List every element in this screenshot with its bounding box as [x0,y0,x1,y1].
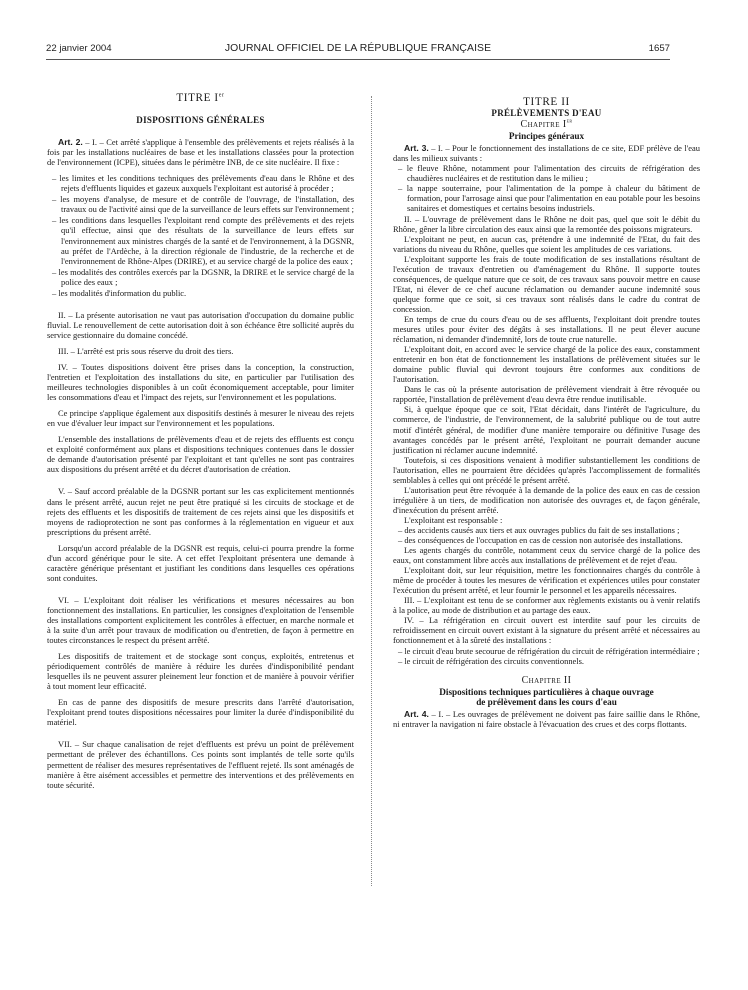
prelevements-heading: PRÉLÈVEMENTS D'EAU [393,108,700,118]
paragraph: Les dispositifs de traitement et de stoc… [47,651,354,691]
chapitre-1-label: Chapitre I [521,119,567,130]
paragraph: VII. – Sur chaque canalisation de rejet … [47,739,354,789]
paragraph: Dans le cas où la présente autorisation … [393,384,700,404]
titre-1-label: TITRE I [176,92,218,104]
journal-title: JOURNAL OFFICIEL DE LA RÉPUBLIQUE FRANÇA… [46,43,670,54]
paragraph: L'exploitant supporte les frais de toute… [393,254,700,314]
paragraph: Ce principe s'applique également aux dis… [47,408,354,428]
paragraph: Si, à quelque époque que ce soit, l'Etat… [393,404,700,454]
page-number: 1657 [649,43,670,54]
list-item: – le circuit d'eau brute secourue de réf… [393,646,700,656]
paragraph: II. – L'ouvrage de prélèvement dans le R… [393,214,700,234]
art2-label: Art. 2. [58,137,83,147]
art2-list: – les limites et les conditions techniqu… [47,173,354,298]
art2-intro: Art. 2. – I. – Cet arrêté s'applique à l… [47,137,354,167]
chapitre-1-heading: Chapitre Ier [393,120,700,130]
paragraph: En cas de panne des dispositifs de mesur… [47,697,354,727]
art2-intro-text: – I. – Cet arrêté s'applique à l'ensembl… [47,137,354,167]
list-item: – les modalités d'information du public. [47,288,354,298]
paragraph: Les agents chargés du contrôle, notammen… [393,545,700,565]
chapitre-1-sup: er [567,119,573,125]
chapitre-2-title-line2: de prélèvement dans les cours d'eau [476,697,617,707]
titre-1-sup: er [219,92,225,98]
list-item: – la nappe souterraine, pour l'alimentat… [393,183,700,213]
list-item: – des conséquences de l'occupation en ca… [393,535,700,545]
header-rule [46,59,670,60]
art4-label: Art. 4. [404,709,429,719]
paragraph: Lorsqu'un accord préalable de la DGSNR e… [47,543,354,583]
art3-intro: Art. 3. – I. – Pour le fonctionnement de… [393,143,700,163]
list-item: – le fleuve Rhône, notamment pour l'alim… [393,163,700,183]
art3-label: Art. 3. [404,143,429,153]
chapitre-2-title-line1: Dispositions techniques particulières à … [439,687,653,697]
principes-generaux-heading: Principes généraux [393,131,700,141]
list-item: – des accidents causés aux tiers et aux … [393,525,700,535]
chapitre-2-heading: Chapitre II [393,676,700,686]
paragraph: L'exploitant doit, en accord avec le ser… [393,344,700,384]
paragraph: IV. – La réfrigération en circuit ouvert… [393,615,700,645]
paragraph: VI. – L'exploitant doit réaliser les vér… [47,595,354,645]
list-item: – les moyens d'analyse, de mesure et de … [47,194,354,214]
list-item: – le circuit de réfrigération des circui… [393,656,700,666]
left-column: TITRE Ier DISPOSITIONS GÉNÉRALES Art. 2.… [47,93,354,790]
titre-1-heading: TITRE Ier [47,93,354,103]
responsable-list: – des accidents causés aux tiers et aux … [393,525,700,545]
paragraph: Toutefois, si ces dispositions venaient … [393,455,700,485]
paragraph: L'exploitant doit, sur leur réquisition,… [393,565,700,595]
circuit-list: – le circuit d'eau brute secourue de réf… [393,646,700,666]
paragraph: L'ensemble des installations de prélèvem… [47,434,354,474]
paragraph: V. – Sauf accord préalable de la DGSNR p… [47,486,354,536]
paragraph: III. – L'arrêté est pris sous réserve du… [47,346,354,356]
chapitre-2-title: Dispositions techniques particulières à … [393,687,700,707]
list-item: – les limites et les conditions techniqu… [47,173,354,193]
paragraph: III. – L'exploitant est tenu de se confo… [393,595,700,615]
paragraph: L'exploitant est responsable : [393,515,700,525]
paragraph: L'exploitant ne peut, en aucun cas, prét… [393,234,700,254]
titre-2-heading: TITRE II [393,97,700,107]
art3-list: – le fleuve Rhône, notamment pour l'alim… [393,163,700,213]
paragraph: En temps de crue du cours d'eau ou de se… [393,314,700,344]
paragraph: II. – La présente autorisation ne vaut p… [47,310,354,340]
column-divider [371,96,372,886]
paragraph: IV. – Toutes dispositions doivent être p… [47,362,354,402]
paragraph: L'autorisation peut être révoquée à la d… [393,485,700,515]
page-header: 22 janvier 2004 JOURNAL OFFICIEL DE LA R… [46,40,670,56]
art4-text: – I. – Les ouvrages de prélèvement ne do… [393,709,700,729]
dispositions-generales-heading: DISPOSITIONS GÉNÉRALES [47,115,354,125]
list-item: – les conditions dans lesquelles l'explo… [47,215,354,265]
right-column: TITRE II PRÉLÈVEMENTS D'EAU Chapitre Ier… [393,97,700,729]
art4-paragraph: Art. 4. – I. – Les ouvrages de prélèveme… [393,709,700,729]
art3-intro-text: – I. – Pour le fonctionnement des instal… [393,143,700,163]
list-item: – les modalités des contrôles exercés pa… [47,267,354,287]
